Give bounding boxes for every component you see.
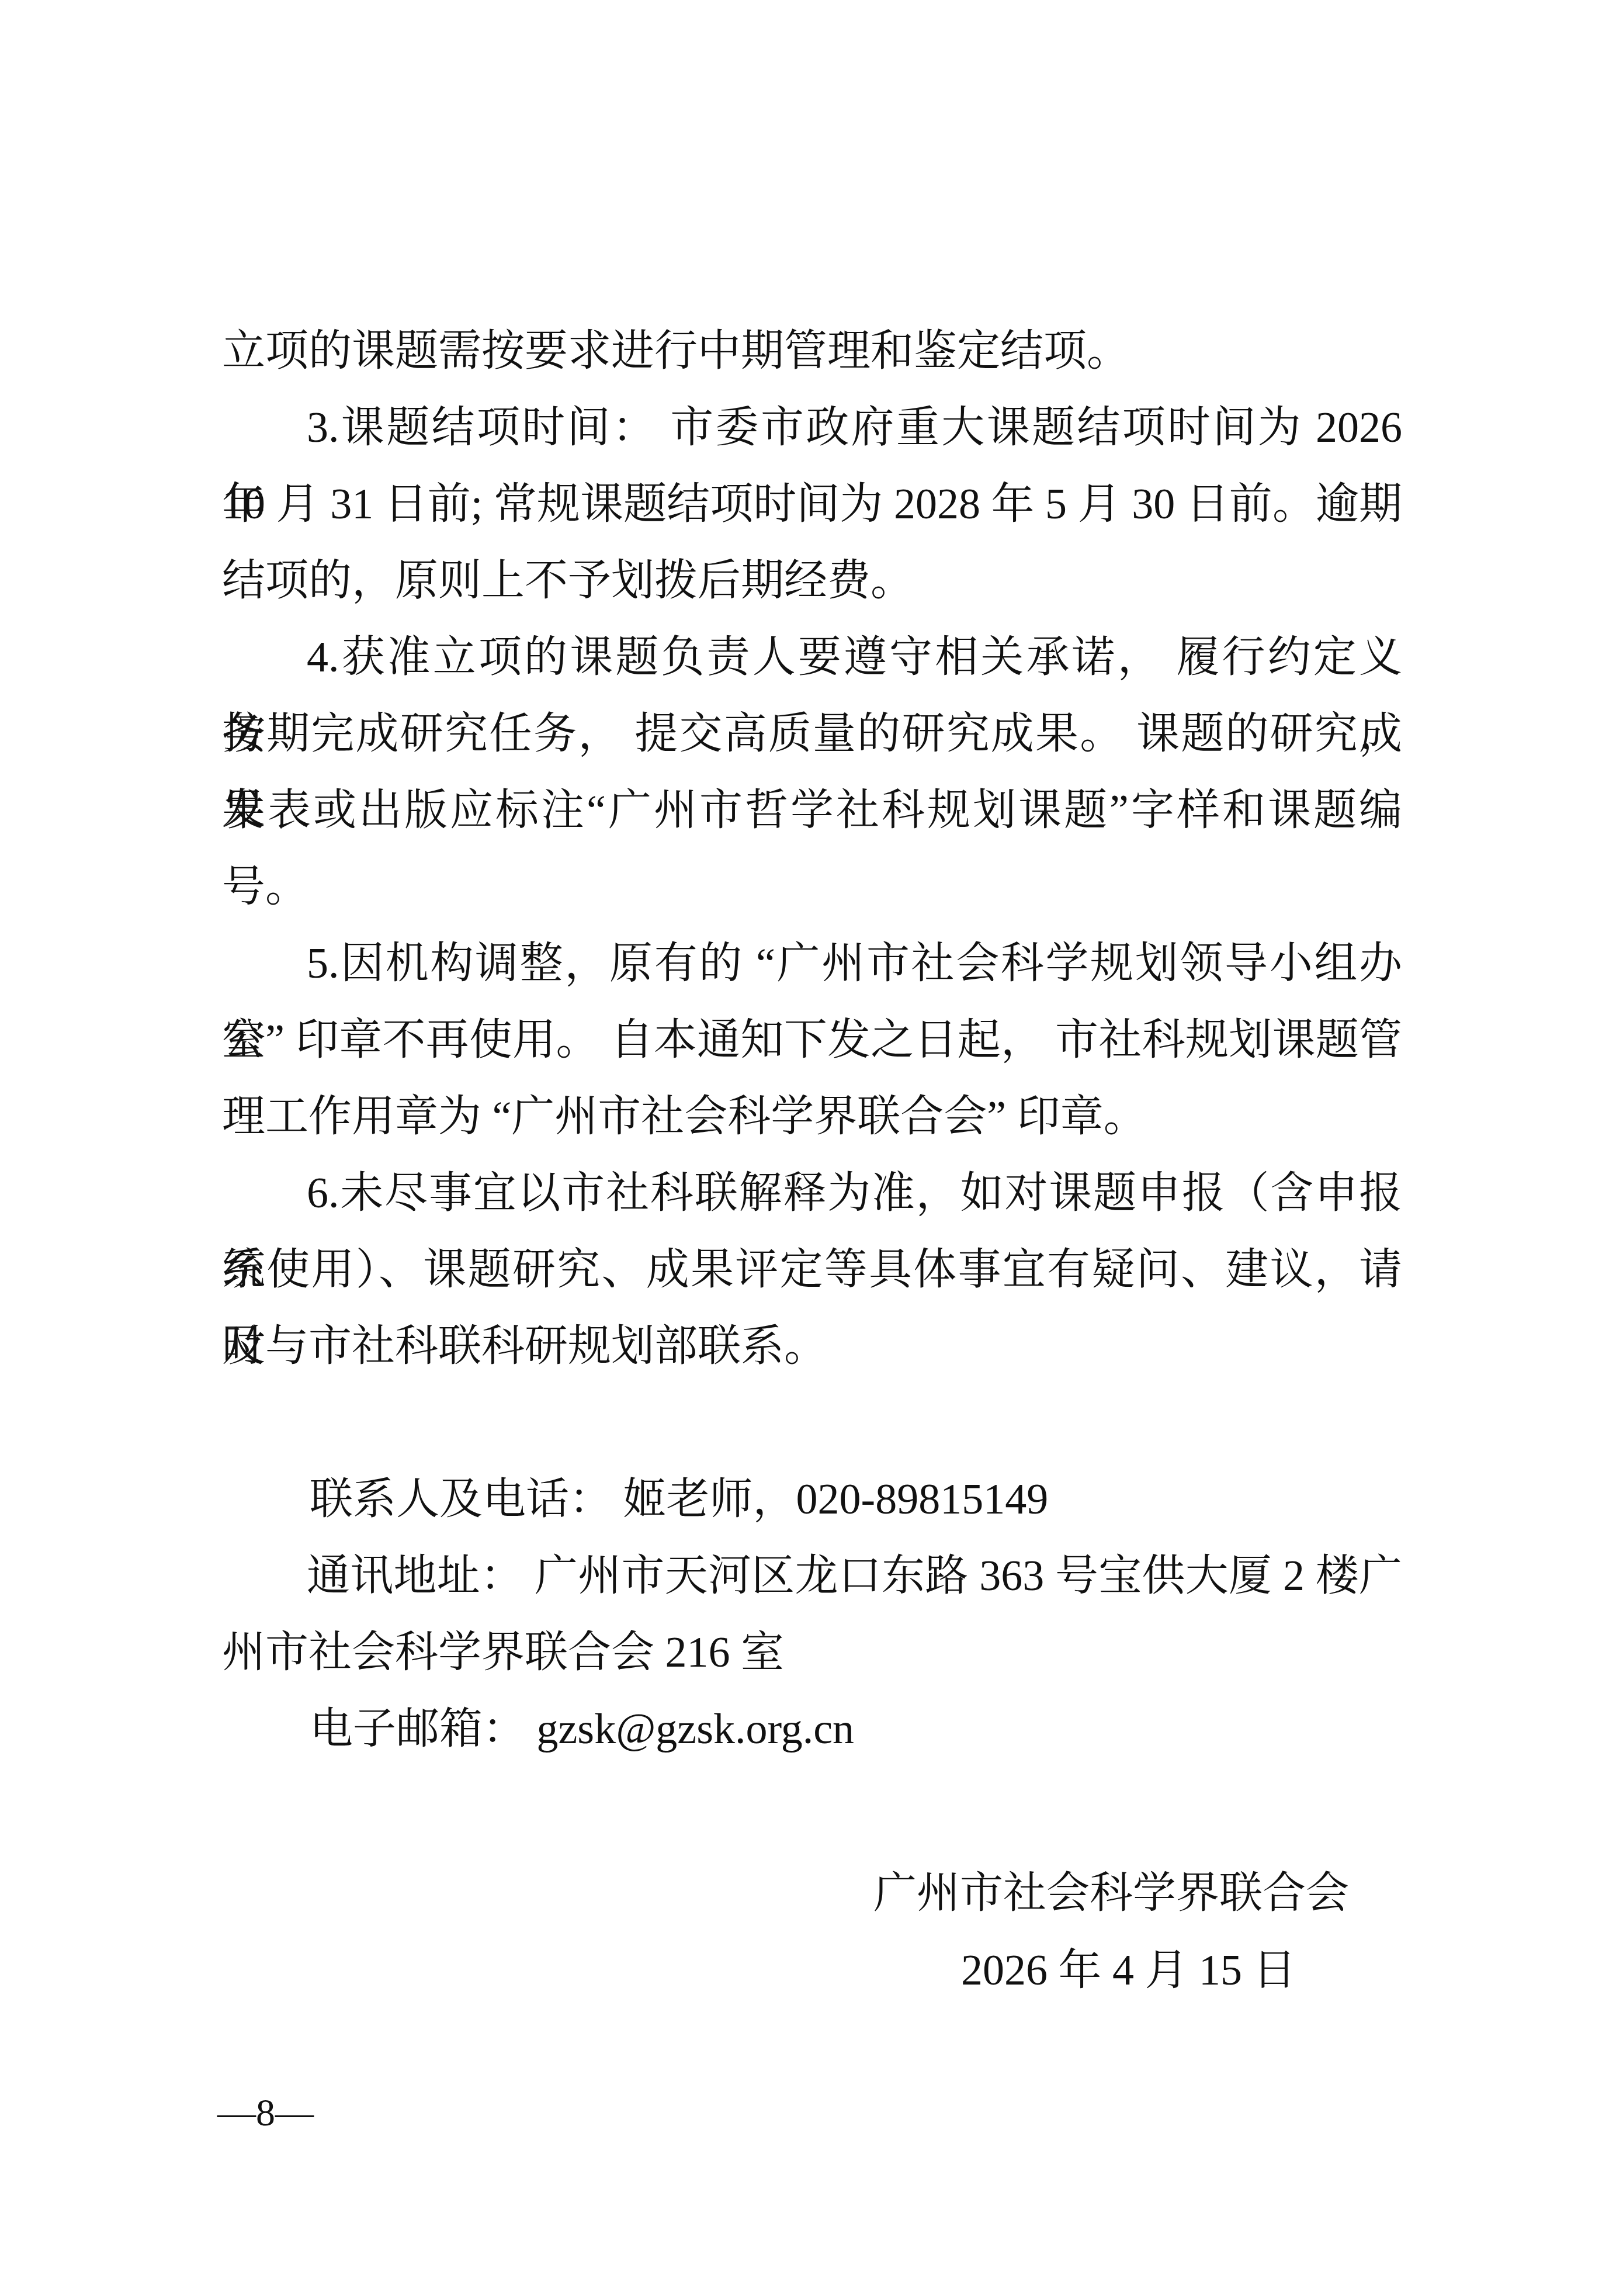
contact-phone-line: 联系人及电话： 姬老师，020-89815149 (310, 1462, 1048, 1538)
paragraph-4-line: 4.获准立项的课题负责人要遵守相关承诺， 履行约定义务， (222, 619, 1402, 696)
contact-address-line: 州市社会科学界联合会 216 室 (222, 1615, 784, 1691)
document-page: 立项的课题需按要求进行中期管理和鉴定结项。 3.课题结项时间： 市委市政府重大课… (0, 0, 1623, 2296)
paragraph-6-line: 6.未尽事宜以市社科联解释为准，如对课题申报（含申报系 (222, 1155, 1402, 1232)
page-number: —8— (217, 2075, 314, 2151)
paragraph-6-line: 时与市社科联科研规划部联系。 (222, 1308, 827, 1385)
body-text-line: 立项的课题需按要求进行中期管理和鉴定结项。 (222, 313, 1130, 390)
paragraph-4-line: 按期完成研究任务， 提交高质量的研究成果。 课题的研究成果 (222, 696, 1402, 773)
issue-date: 2026 年 4 月 15 日 (961, 1933, 1296, 2009)
paragraph-5-line: 室” 印章不再使用。 自本通知下发之日起， 市社科规划课题管 (222, 1002, 1402, 1079)
paragraph-3-line: 10 月 31 日前; 常规课题结项时间为 2028 年 5 月 30 日前。逾… (222, 466, 1402, 543)
paragraph-5-line: 理工作用章为 “广州市社会科学界联合会” 印章。 (222, 1079, 1147, 1155)
paragraph-4-line: 号。 (222, 849, 308, 926)
paragraph-3-line: 结项的，原则上不予划拨后期经费。 (222, 543, 914, 619)
contact-address-line: 通讯地址： 广州市天河区龙口东路 363 号宝供大厦 2 楼广 (222, 1538, 1402, 1615)
paragraph-3-line: 3.课题结项时间： 市委市政府重大课题结项时间为 2026 年 (222, 390, 1402, 466)
paragraph-5-line: 5.因机构调整，原有的 “广州市社会科学规划领导小组办公 (222, 926, 1402, 1002)
issuer-organization: 广州市社会科学界联合会 (873, 1855, 1349, 1932)
paragraph-4-line: 发表或出版应标注“广州市哲学社科规划课题”字样和课题编 (222, 773, 1402, 849)
contact-email-line: 电子邮箱： gzsk@gzsk.org.cn (310, 1691, 854, 1768)
paragraph-6-line: 统使用）、课题研究、成果评定等具体事宜有疑问、建议，请及 (222, 1232, 1402, 1308)
